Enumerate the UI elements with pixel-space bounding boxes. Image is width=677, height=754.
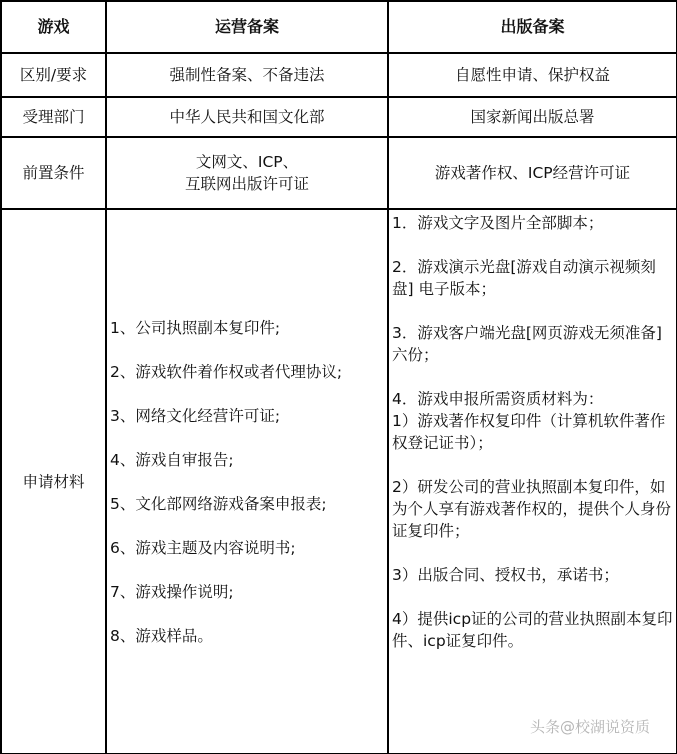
list-item: 1、公司执照副本复印件; [110, 317, 387, 339]
publication-cell: 自愿性申请、保护权益 [388, 53, 677, 97]
operation-cell: 中华人民共和国文化部 [106, 97, 388, 137]
list-item: 2）研发公司的营业执照副本复印件，如为个人享有游戏著作权的，提供个人身份证复印件… [392, 476, 674, 542]
list-item: 3、网络文化经营许可证; [110, 405, 387, 427]
publication-materials-cell: 1．游戏文字及图片全部脚本； 2．游戏演示光盘[游戏自动演示视频刻盘] 电子版本… [388, 209, 677, 754]
game-filing-comparison-table: 游戏 运营备案 出版备案 区别/要求 强制性备案、不备违法 自愿性申请、保护权益… [0, 0, 677, 754]
table-row: 前置条件 文网文、ICP、 互联网出版许可证 游戏著作权、ICP经营许可证 [1, 137, 677, 209]
list-item: 2、游戏软件着作权或者代理协议; [110, 361, 387, 383]
table-row: 申请材料 1、公司执照副本复印件; 2、游戏软件着作权或者代理协议; 3、网络文… [1, 209, 677, 754]
list-item: 3）出版合同、授权书，承诺书； [392, 564, 674, 586]
table-row: 区别/要求 强制性备案、不备违法 自愿性申请、保护权益 [1, 53, 677, 97]
header-game: 游戏 [1, 1, 106, 53]
list-item: 2．游戏演示光盘[游戏自动演示视频刻盘] 电子版本； [392, 256, 674, 300]
list-item: 7、游戏操作说明; [110, 581, 387, 603]
list-item: 1．游戏文字及图片全部脚本； [392, 212, 674, 234]
row-label: 受理部门 [1, 97, 106, 137]
operation-line: 互联网出版许可证 [107, 173, 387, 195]
operation-line: 文网文、ICP、 [107, 151, 387, 173]
list-item: 8、游戏样品。 [110, 625, 387, 647]
publication-cell: 国家新闻出版总署 [388, 97, 677, 137]
row-label: 前置条件 [1, 137, 106, 209]
list-item: 4、游戏自审报告; [110, 449, 387, 471]
header-operation-filing: 运营备案 [106, 1, 388, 53]
publication-cell: 游戏著作权、ICP经营许可证 [388, 137, 677, 209]
operation-materials-cell: 1、公司执照副本复印件; 2、游戏软件着作权或者代理协议; 3、网络文化经营许可… [106, 209, 388, 754]
list-item: 5、文化部网络游戏备案申报表; [110, 493, 387, 515]
operation-cell: 强制性备案、不备违法 [106, 53, 388, 97]
header-publication-filing: 出版备案 [388, 1, 677, 53]
table-header-row: 游戏 运营备案 出版备案 [1, 1, 677, 53]
row-label: 区别/要求 [1, 53, 106, 97]
list-item: 6、游戏主题及内容说明书; [110, 537, 387, 559]
operation-materials-list: 1、公司执照副本复印件; 2、游戏软件着作权或者代理协议; 3、网络文化经营许可… [110, 317, 387, 647]
list-item: 4．游戏申报所需资质材料为： [392, 388, 674, 410]
operation-cell: 文网文、ICP、 互联网出版许可证 [106, 137, 388, 209]
table-row: 受理部门 中华人民共和国文化部 国家新闻出版总署 [1, 97, 677, 137]
list-item: 3．游戏客户端光盘[网页游戏无须准备] 六份； [392, 322, 674, 366]
publication-materials-list: 1．游戏文字及图片全部脚本； 2．游戏演示光盘[游戏自动演示视频刻盘] 电子版本… [392, 212, 674, 652]
list-item: 4）提供icp证的公司的营业执照副本复印件、icp证复印件。 [392, 608, 674, 652]
list-item: 1）游戏著作权复印件（计算机软件著作权登记证书）； [392, 410, 674, 454]
row-label: 申请材料 [1, 209, 106, 754]
